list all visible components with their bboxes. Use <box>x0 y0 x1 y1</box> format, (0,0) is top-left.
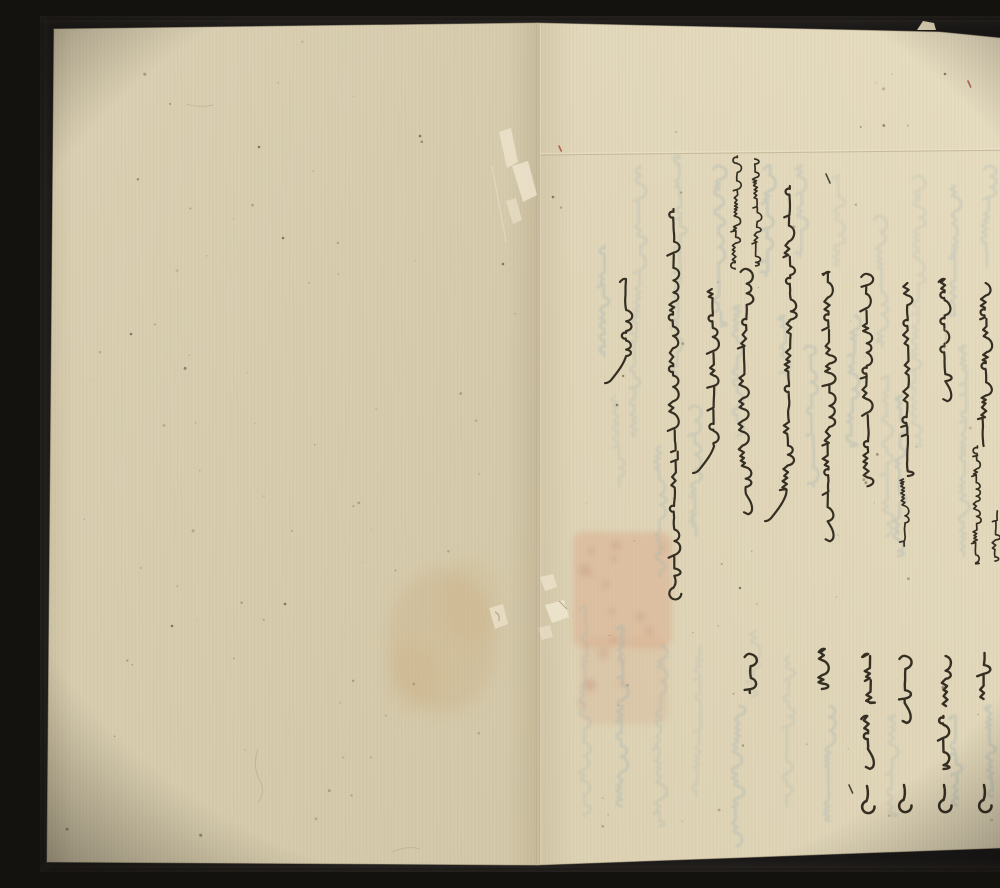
manuscript-scan <box>40 16 1000 872</box>
scan-canvas <box>40 16 1000 872</box>
vignette-overlay <box>40 16 1000 872</box>
